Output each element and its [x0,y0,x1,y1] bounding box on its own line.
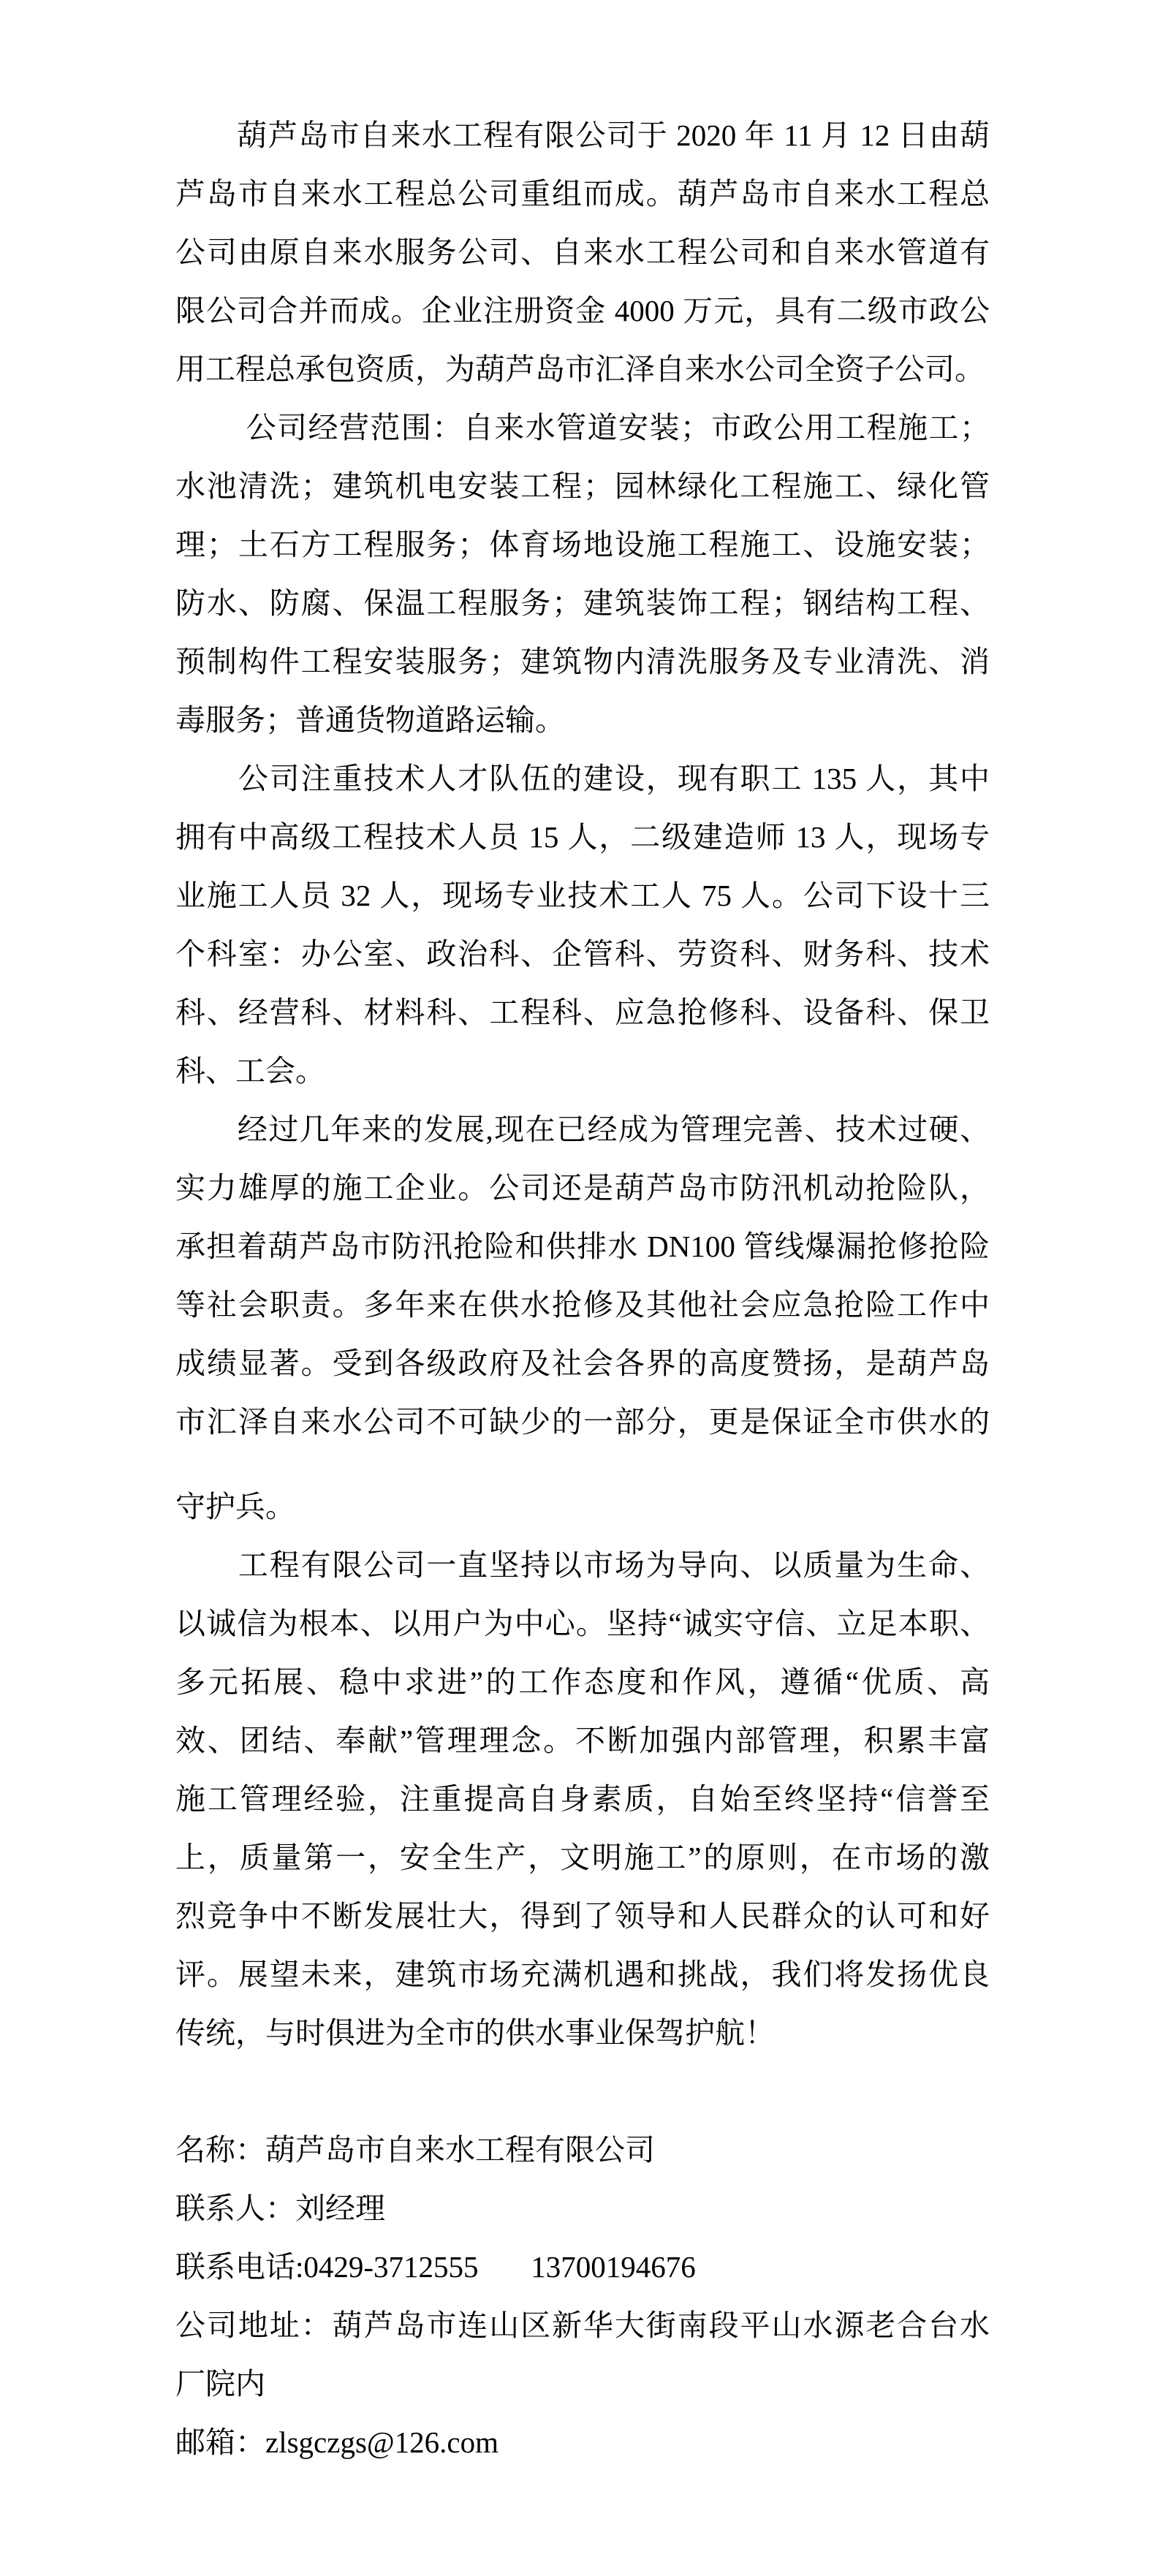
contact-block: 名称：葫芦岛市自来水工程有限公司联系人：刘经理联系电话:0429-3712555… [175,2121,990,2471]
text-line: 传统，与时俱进为全市的供水事业保驾护航！ [175,2004,990,2062]
text-line: 经过几年来的发展,现在已经成为管理完善、技术过硬、 [175,1100,990,1159]
text-line: 守护兵。 [175,1477,990,1536]
text-line: 公司经营范围：自来水管道安装；市政公用工程施工； [175,398,990,457]
text-line: 水池清洗；建筑机电安装工程；园林绿化工程施工、绿化管 [175,457,990,515]
text-line: 厂院内 [175,2355,990,2413]
text-line: 理；土石方工程服务；体育场地设施工程施工、设施安装； [175,515,990,574]
text-line: 联系人：刘经理 [175,2179,990,2238]
paragraph-company-formation: 葫芦岛市自来水工程有限公司于 2020 年 11 月 12 日由葫芦岛市自来水工… [175,106,990,398]
text-line: 科、工会。 [175,1042,990,1100]
text-line: 联系电话:0429-3712555 13700194676 [175,2238,990,2296]
text-line: 以诚信为根本、以用户为中心。坚持“诚实守信、立足本职、 [175,1594,990,1653]
text-line: 公司地址：葫芦岛市连山区新华大街南段平山水源老合台水 [175,2296,990,2355]
paragraph-values-outlook: 工程有限公司一直坚持以市场为导向、以质量为生命、以诚信为根本、以用户为中心。坚持… [175,1536,990,2062]
text-line: 防水、防腐、保温工程服务；建筑装饰工程；钢结构工程、 [175,574,990,632]
text-line: 等社会职责。多年来在供水抢修及其他社会应急抢险工作中 [175,1276,990,1334]
text-line: 成绩显著。受到各级政府及社会各界的高度赞扬，是葫芦岛 [175,1334,990,1393]
text-line: 个科室：办公室、政治科、企管科、劳资科、财务科、技术 [175,925,990,983]
blank-line [175,2062,990,2121]
text-line: 多元拓展、稳中求进”的工作态度和作风，遵循“优质、高 [175,1653,990,1711]
text-line: 烈竞争中不断发展壮大，得到了领导和人民群众的认可和好 [175,1887,990,1945]
text-line: 承担着葫芦岛市防汛抢险和供排水 DN100 管线爆漏抢修抢险 [175,1217,990,1276]
text-line: 市汇泽自来水公司不可缺少的一部分，更是保证全市供水的 [175,1393,990,1451]
paragraph-development-achievements: 经过几年来的发展,现在已经成为管理完善、技术过硬、实力雄厚的施工企业。公司还是葫… [175,1100,990,1536]
text-line: 公司注重技术人才队伍的建设，现有职工 135 人，其中 [175,749,990,808]
text-line: 拥有中高级工程技术人员 15 人，二级建造师 13 人，现场专 [175,808,990,866]
text-line: 科、经营科、材料科、工程科、应急抢修科、设备科、保卫 [175,983,990,1042]
text-line: 评。展望未来，建筑市场充满机遇和挑战，我们将发扬优良 [175,1945,990,2004]
text-line: 葫芦岛市自来水工程有限公司于 2020 年 11 月 12 日由葫 [175,106,990,164]
text-line: 效、团结、奉献”管理理念。不断加强内部管理，积累丰富 [175,1711,990,1770]
text-line: 名称：葫芦岛市自来水工程有限公司 [175,2121,990,2179]
text-line: 限公司合并而成。企业注册资金 4000 万元，具有二级市政公 [175,281,990,340]
text-line: 用工程总承包资质，为葫芦岛市汇泽自来水公司全资子公司。 [175,340,990,398]
document-page: { "page": { "background": "#ffffff", "te… [0,0,1160,2576]
document: 葫芦岛市自来水工程有限公司于 2020 年 11 月 12 日由葫芦岛市自来水工… [0,0,1160,2576]
text-line: 公司由原自来水服务公司、自来水工程公司和自来水管道有 [175,223,990,281]
text-line: 业施工人员 32 人，现场专业技术工人 75 人。公司下设十三 [175,866,990,925]
text-line: 毒服务；普通货物道路运输。 [175,691,990,749]
text-line: 邮箱：zlsgczgs@126.com [175,2413,990,2471]
text-line: 施工管理经验，注重提高自身素质，自始至终坚持“信誉至 [175,1770,990,1828]
paragraph-workforce: 公司注重技术人才队伍的建设，现有职工 135 人，其中拥有中高级工程技术人员 1… [175,749,990,1100]
text-line: 芦岛市自来水工程总公司重组而成。葫芦岛市自来水工程总 [175,164,990,223]
text-line: 工程有限公司一直坚持以市场为导向、以质量为生命、 [175,1536,990,1594]
text-line: 上，质量第一，安全生产，文明施工”的原则，在市场的激 [175,1828,990,1887]
text-line: 实力雄厚的施工企业。公司还是葫芦岛市防汛机动抢险队， [175,1159,990,1217]
text-line: 预制构件工程安装服务；建筑物内清洗服务及专业清洗、消 [175,632,990,691]
paragraph-business-scope: 公司经营范围：自来水管道安装；市政公用工程施工；水池清洗；建筑机电安装工程；园林… [175,398,990,749]
